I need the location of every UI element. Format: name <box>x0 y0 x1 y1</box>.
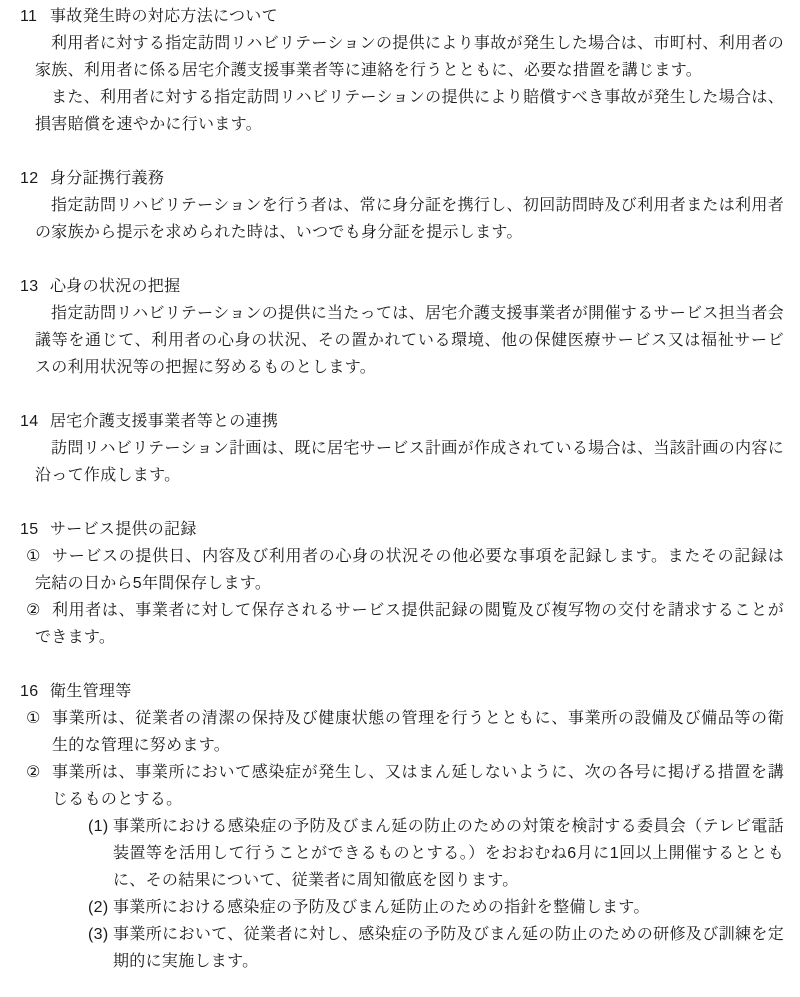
list-item: ①サービスの提供日、内容及び利用者の心身の状況その他必要な事項を記録します。また… <box>35 543 784 597</box>
list-marker: ② <box>26 759 52 813</box>
section-15: 15サービス提供の記録 ①サービスの提供日、内容及び利用者の心身の状況その他必要… <box>20 516 784 651</box>
section-title: 事故発生時の対応方法について <box>50 8 278 25</box>
list-item-text: 事業所は、事業所において感染症が発生し、又はまん延しないように、次の各号に掲げる… <box>52 759 784 813</box>
paragraph: また、利用者に対する指定訪問リハビリテーションの提供により賠償すべき事故が発生し… <box>35 84 784 138</box>
document-page: 11事故発生時の対応方法について 利用者に対する指定訪問リハビリテーションの提供… <box>0 0 800 997</box>
list-item: ②利用者は、事業者に対して保存されるサービス提供記録の閲覧及び複写物の交付を請求… <box>35 597 784 651</box>
sub-list-marker: (1) <box>88 813 113 894</box>
paragraph: 指定訪問リハビリテーションを行う者は、常に身分証を携行し、初回訪問時及び利用者ま… <box>35 192 784 246</box>
section-number: 11 <box>20 3 50 30</box>
section-number: 14 <box>20 408 50 435</box>
sub-list-item: (1) 事業所における感染症の予防及びまん延の防止のための対策を検討する委員会（… <box>88 813 784 894</box>
section-14: 14居宅介護支援事業者等との連携 訪問リハビリテーション計画は、既に居宅サービス… <box>20 408 784 489</box>
section-heading: 15サービス提供の記録 <box>20 516 784 543</box>
list-marker: ① <box>26 705 52 759</box>
list-item-text: 利用者は、事業者に対して保存されるサービス提供記録の閲覧及び複写物の交付を請求す… <box>35 602 784 646</box>
sub-list-item-text: 事業所における感染症の予防及びまん延の防止のための対策を検討する委員会（テレビ電… <box>113 813 784 894</box>
section-title: サービス提供の記録 <box>50 521 197 538</box>
section-title: 居宅介護支援事業者等との連携 <box>50 413 278 430</box>
section-13: 13心身の状況の把握 指定訪問リハビリテーションの提供に当たっては、居宅介護支援… <box>20 273 784 381</box>
section-12: 12身分証携行義務 指定訪問リハビリテーションを行う者は、常に身分証を携行し、初… <box>20 165 784 246</box>
list-item: ② 事業所は、事業所において感染症が発生し、又はまん延しないように、次の各号に掲… <box>26 759 784 813</box>
sub-list-marker: (3) <box>88 921 113 975</box>
paragraph: 訪問リハビリテーション計画は、既に居宅サービス計画が作成されている場合は、当該計… <box>35 435 784 489</box>
sub-list-item-text: 事業所において、従業者に対し、感染症の予防及びまん延の防止のための研修及び訓練を… <box>113 921 784 975</box>
sub-list-marker: (2) <box>88 894 113 921</box>
section-heading: 16衛生管理等 <box>20 678 784 705</box>
paragraph: 指定訪問リハビリテーションの提供に当たっては、居宅介護支援事業者が開催するサービ… <box>35 300 784 381</box>
list-marker: ① <box>26 548 41 565</box>
section-number: 15 <box>20 516 50 543</box>
section-title: 心身の状況の把握 <box>50 278 180 295</box>
section-heading: 14居宅介護支援事業者等との連携 <box>20 408 784 435</box>
section-11: 11事故発生時の対応方法について 利用者に対する指定訪問リハビリテーションの提供… <box>20 3 784 138</box>
section-heading: 12身分証携行義務 <box>20 165 784 192</box>
section-title: 衛生管理等 <box>50 683 132 700</box>
section-number: 13 <box>20 273 50 300</box>
section-title: 身分証携行義務 <box>50 170 164 187</box>
paragraph: 利用者に対する指定訪問リハビリテーションの提供により事故が発生した場合は、市町村… <box>35 30 784 84</box>
sub-list-item: (3) 事業所において、従業者に対し、感染症の予防及びまん延の防止のための研修及… <box>88 921 784 975</box>
list-item-text: 事業所は、従業者の清潔の保持及び健康状態の管理を行うとともに、事業所の設備及び備… <box>52 705 784 759</box>
section-heading: 13心身の状況の把握 <box>20 273 784 300</box>
list-marker: ② <box>26 602 41 619</box>
section-heading: 11事故発生時の対応方法について <box>20 3 784 30</box>
section-number: 16 <box>20 678 50 705</box>
list-item-text: サービスの提供日、内容及び利用者の心身の状況その他必要な事項を記録します。またそ… <box>35 548 800 592</box>
section-number: 12 <box>20 165 50 192</box>
list-item: ① 事業所は、従業者の清潔の保持及び健康状態の管理を行うとともに、事業所の設備及… <box>26 705 784 759</box>
section-16: 16衛生管理等 ① 事業所は、従業者の清潔の保持及び健康状態の管理を行うとともに… <box>20 678 784 975</box>
sub-list-item: (2) 事業所における感染症の予防及びまん延防止のための指針を整備します。 <box>88 894 784 921</box>
sub-list-item-text: 事業所における感染症の予防及びまん延防止のための指針を整備します。 <box>113 894 784 921</box>
